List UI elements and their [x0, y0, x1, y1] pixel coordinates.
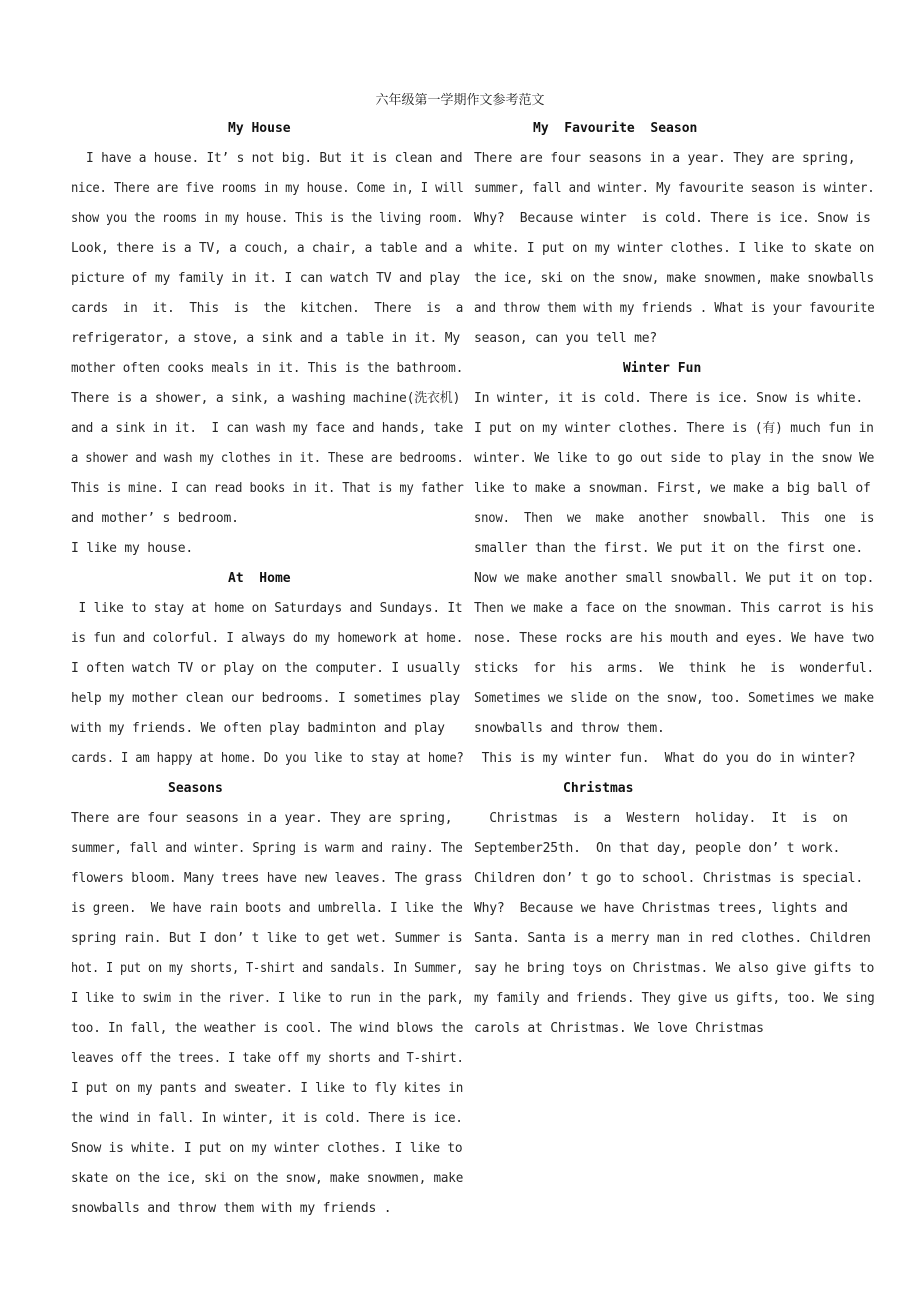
text-line: is fun and colorful. I always do my home… [71, 630, 463, 648]
text-line: Sometimes we slide on the snow, too. Som… [474, 690, 874, 708]
text-line: skate on the ice, ski on the snow, make … [71, 1170, 463, 1188]
text-line: There are four seasons in a year. They a… [474, 150, 855, 168]
text-line: the wind in fall. In winter, it is cold.… [71, 1110, 463, 1128]
text-line: I like my house. [71, 540, 193, 558]
text-line: Look, there is a TV, a couch, a chair, a… [71, 240, 462, 258]
text-line: Why? Because we have Christmas trees, li… [474, 900, 848, 918]
text-line: mother often cooks meals in it. This is … [71, 360, 463, 378]
text-line: is green. We have rain boots and umbrell… [71, 900, 463, 918]
text-line: season, can you tell me? [474, 330, 657, 348]
text-line: Santa. Santa is a merry man in red cloth… [474, 930, 871, 948]
text-line: with my friends. We often play badminton… [71, 720, 445, 738]
text-line: sticks for his arms. We think he is wond… [474, 660, 874, 678]
text-line: snowballs and throw them with my friends… [71, 1200, 391, 1218]
text-line: I put on my pants and sweater. I like to… [71, 1080, 463, 1098]
text-line: There are four seasons in a year. They a… [71, 810, 452, 828]
text-line: hot. I put on my shorts, T-shirt and san… [71, 960, 463, 978]
text-line: a shower and wash my clothes in it. Thes… [71, 450, 464, 468]
text-line: too. In fall, the weather is cool. The w… [71, 1020, 463, 1038]
text-line: nose. These rocks are his mouth and eyes… [474, 630, 874, 648]
text-line: refrigerator, a stove, a sink and a tabl… [71, 330, 460, 348]
text-line: carols at Christmas. We love Christmas [474, 1020, 764, 1038]
text-line: I often watch TV or play on the computer… [71, 660, 460, 678]
text-line: Christmas is a Western holiday. It is on [474, 810, 848, 828]
text-line: and mother’ s bedroom. [71, 510, 239, 528]
text-line: snow. Then we make another snowball. Thi… [474, 510, 874, 528]
text-line: September25th. On that day, people don’ … [474, 840, 840, 858]
text-line: the ice, ski on the snow, make snowmen, … [474, 270, 874, 288]
text-line: summer, fall and winter. Spring is warm … [71, 840, 463, 858]
text-line: and throw them with my friends . What is… [474, 300, 875, 318]
essay-heading: Christmas [563, 780, 633, 798]
text-line: Children don’ t go to school. Christmas … [474, 870, 863, 888]
essay-heading: Winter Fun [623, 360, 701, 378]
text-line: say he bring toys on Christmas. We also … [474, 960, 874, 978]
text-line: leaves off the trees. I take off my shor… [71, 1050, 464, 1068]
text-line: This is mine. I can read books in it. Th… [71, 480, 464, 498]
text-line: I have a house. It’ s not big. But it is… [71, 150, 462, 168]
text-line: Now we make another small snowball. We p… [474, 570, 874, 588]
text-line: smaller than the first. We put it on the… [474, 540, 863, 558]
text-line: I put on my winter clothes. There is (有)… [474, 420, 874, 438]
text-line: nice. There are five rooms in my house. … [71, 180, 464, 198]
text-line: In winter, it is cold. There is ice. Sno… [474, 390, 863, 408]
text-line: white. I put on my winter clothes. I lik… [474, 240, 874, 258]
text-line: like to make a snowman. First, we make a… [474, 480, 871, 498]
essay-heading: At Home [228, 570, 291, 588]
text-line: and a sink in it. I can wash my face and… [71, 420, 463, 438]
text-line: flowers bloom. Many trees have new leave… [71, 870, 462, 888]
text-line: There is a shower, a sink, a washing mac… [71, 390, 460, 408]
text-line: cards in it. This is the kitchen. There … [71, 300, 463, 318]
text-line: I like to swim in the river. I like to r… [71, 990, 464, 1008]
essay-heading: Seasons [168, 780, 223, 798]
text-line: summer, fall and winter. My favourite se… [474, 180, 875, 198]
text-line: Then we make a face on the snowman. This… [474, 600, 874, 618]
text-line: I like to stay at home on Saturdays and … [71, 600, 462, 618]
text-line: my family and friends. They give us gift… [474, 990, 875, 1008]
text-line: Snow is white. I put on my winter clothe… [71, 1140, 462, 1158]
text-line: winter. We like to go out side to play i… [474, 450, 874, 468]
text-line: help my mother clean our bedrooms. I som… [71, 690, 460, 708]
text-line: show you the rooms in my house. This is … [71, 210, 463, 228]
text-line: This is my winter fun. What do you do in… [474, 750, 855, 768]
document-page: 六年级第一学期作文参考范文 My House I have a house. I… [0, 0, 920, 1310]
essay-heading: My House [228, 120, 291, 138]
essay-heading: My Favourite Season [533, 120, 697, 138]
text-line: Why? Because winter is cold. There is ic… [474, 210, 871, 228]
document-title: 六年级第一学期作文参考范文 [0, 89, 920, 108]
text-line: picture of my family in it. I can watch … [71, 270, 460, 288]
text-line: spring rain. But I don’ t like to get we… [71, 930, 462, 948]
text-line: cards. I am happy at home. Do you like t… [71, 750, 464, 768]
text-line: snowballs and throw them. [474, 720, 665, 738]
